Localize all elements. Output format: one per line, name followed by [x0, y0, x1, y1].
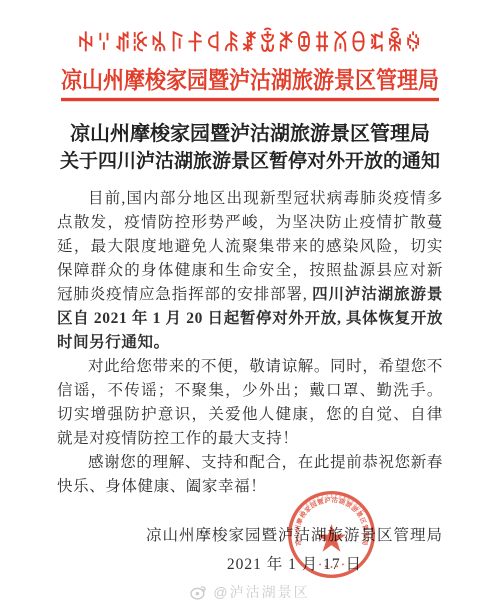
- signature-date: 2021 年 1 月 17 日: [146, 552, 443, 574]
- weibo-logo-icon: [190, 584, 208, 600]
- paragraph-1: 目前,国内部分地区出现新型冠状病毒肺炎疫情多点散发，疫情防控形势严峻，为坚决防止…: [57, 187, 443, 355]
- red-masthead-bureau-name: 凉山州摩梭家园暨泸沽湖旅游景区管理局: [61, 62, 439, 101]
- notice-title-line1: 凉山州摩梭家园暨泸沽湖旅游景区管理局: [0, 121, 500, 148]
- masthead-wrap: 凉山州摩梭家园暨泸沽湖旅游景区管理局: [0, 62, 500, 97]
- notice-title-line2: 关于四川泸沽湖旅游景区暂停对外开放的通知: [0, 148, 500, 175]
- signature-bureau-name: 凉山州摩梭家园暨泸沽湖旅游景区管理局: [146, 523, 443, 545]
- notice-title: 凉山州摩梭家园暨泸沽湖旅游景区管理局 关于四川泸沽湖旅游景区暂停对外开放的通知: [0, 121, 500, 175]
- watermark: @泸沽湖景区: [0, 582, 500, 603]
- paragraph-2: 对此给您带来的不便，敬请谅解。同时，希望您不信谣，不传谣；不聚集，少外出；戴口罩…: [57, 355, 443, 451]
- paragraph-3: 感谢您的理解、支持和配合，在此提前恭祝您新春快乐、身体健康、阖家幸福！: [57, 451, 443, 499]
- watermark-handle: @泸沽湖景区: [213, 582, 309, 602]
- signature-block: 凉山州摩梭家园暨泸沽湖旅游景区管理局 2021 年 1 月 17 日: [0, 523, 443, 574]
- notice-body: 目前,国内部分地区出现新型冠状病毒肺炎疫情多点散发，疫情防控形势严峻，为坚决防止…: [57, 187, 443, 499]
- notice-document: ꑭꈌꁮꊭꁱꑍꊰꒉꄯꊨꒂꑆꀧꐚꊼꆪꍉꆛꍈ 凉山州摩梭家园暨泸沽湖旅游景区管理局 凉…: [0, 0, 500, 612]
- yi-script-masthead-line: ꑭꈌꁮꊭꁱꑍꊰꒉꄯꊨꒂꑆꀧꐚꊼꆪꍉꆛꍈ: [0, 31, 500, 57]
